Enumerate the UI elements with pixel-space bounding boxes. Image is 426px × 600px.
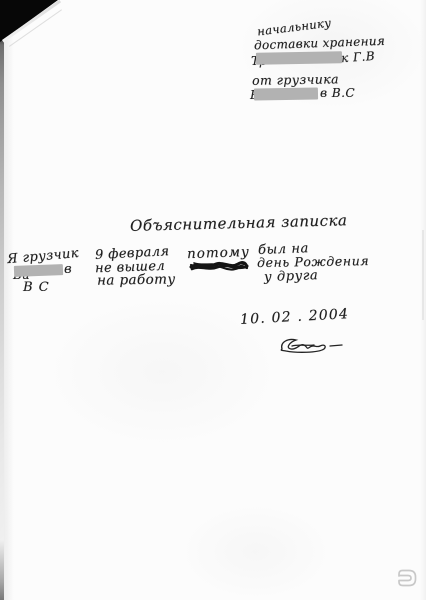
redaction-bar-2 — [254, 87, 318, 100]
paper-right-edge — [422, 230, 424, 320]
body-col2-line3: на работу — [97, 273, 176, 288]
body-col4-line3: у друга — [264, 269, 319, 284]
scanned-note: начальнику доставки хранения Тр к Г.В от… — [0, 0, 426, 600]
note-title: Объяснительная записка — [130, 213, 348, 234]
signature — [272, 334, 346, 358]
redaction-bar-3 — [14, 264, 63, 277]
recipient-line-5-initials: в В.С — [320, 87, 355, 99]
recipient-line-3-initials: к Г.В — [341, 50, 376, 64]
d-logo-icon — [394, 567, 418, 589]
crossed-out-word — [188, 259, 250, 273]
note-date: 10. 02 . 2004 — [240, 307, 350, 327]
redaction-bar-1 — [256, 51, 342, 64]
body-col1-line3: В С — [23, 281, 50, 294]
paper-left-edge — [0, 0, 4, 600]
body-col1-line2-end: в — [64, 263, 72, 276]
